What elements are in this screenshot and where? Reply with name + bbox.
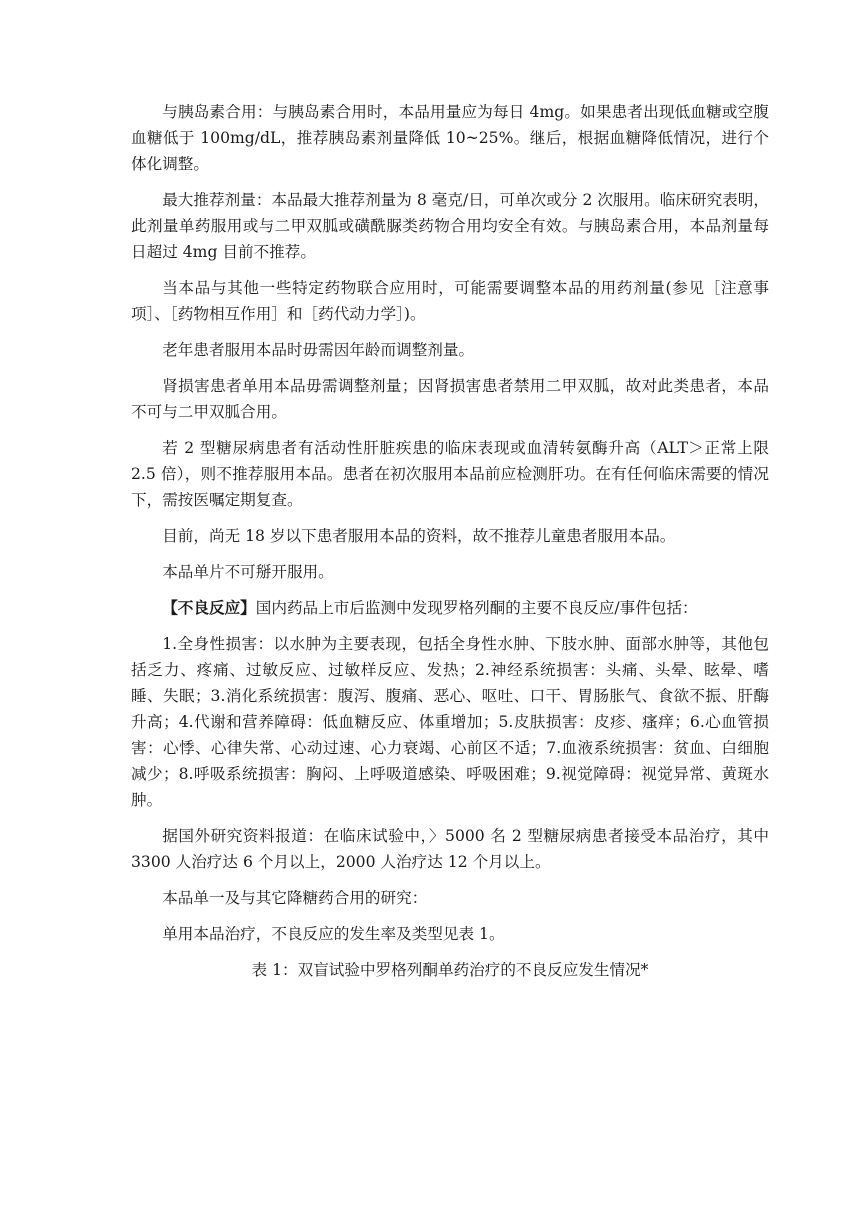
paragraph-max-dose: 最大推荐剂量：本品最大推荐剂量为 8 毫克/日，可单次或分 2 次服用。临床研究…: [131, 187, 769, 265]
paragraph-elderly: 老年患者服用本品时毋需因年龄而调整剂量。: [131, 337, 769, 363]
paragraph-monotherapy: 单用本品治疗，不良反应的发生率及类型见表 1。: [131, 921, 769, 947]
paragraph-foreign-study: 据国外研究资料报道：在临床试验中，〉5000 名 2 型糖尿病患者接受本品治疗，…: [131, 823, 769, 875]
document-page: 与胰岛素合用：与胰岛素合用时，本品用量应为每日 4mg。如果患者出现低血糖或空腹…: [131, 99, 769, 983]
paragraph-tablet: 本品单片不可掰开服用。: [131, 559, 769, 585]
paragraph-pediatric: 目前，尚无 18 岁以下患者服用本品的资料，故不推荐儿童患者服用本品。: [131, 523, 769, 549]
section-intro: 国内药品上市后监测中发现罗格列酮的主要不良反应/事件包括：: [256, 599, 698, 617]
paragraph-study-intro: 本品单一及与其它降糖药合用的研究：: [131, 885, 769, 911]
adverse-reactions-section: 【不良反应】国内药品上市后监测中发现罗格列酮的主要不良反应/事件包括：: [131, 595, 769, 621]
paragraph-insulin-combination: 与胰岛素合用：与胰岛素合用时，本品用量应为每日 4mg。如果患者出现低血糖或空腹…: [131, 99, 769, 177]
table-caption: 表 1：双盲试验中罗格列酮单药治疗的不良反应发生情况*: [131, 957, 769, 983]
paragraph-renal: 肾损害患者单用本品毋需调整剂量；因肾损害患者禁用二甲双胍，故对此类患者，本品不可…: [131, 373, 769, 425]
adverse-reactions-list: 1.全身性损害：以水肿为主要表现，包括全身性水肿、下肢水肿、面部水肿等，其他包括…: [131, 631, 769, 813]
paragraph-drug-interaction: 当本品与其他一些特定药物联合应用时，可能需要调整本品的用药剂量(参见［注意事项］…: [131, 275, 769, 327]
paragraph-hepatic: 若 2 型糖尿病患者有活动性肝脏疾患的临床表现或血清转氨酶升高（ALT＞正常上限…: [131, 435, 769, 513]
section-heading: 【不良反应】: [162, 599, 256, 617]
